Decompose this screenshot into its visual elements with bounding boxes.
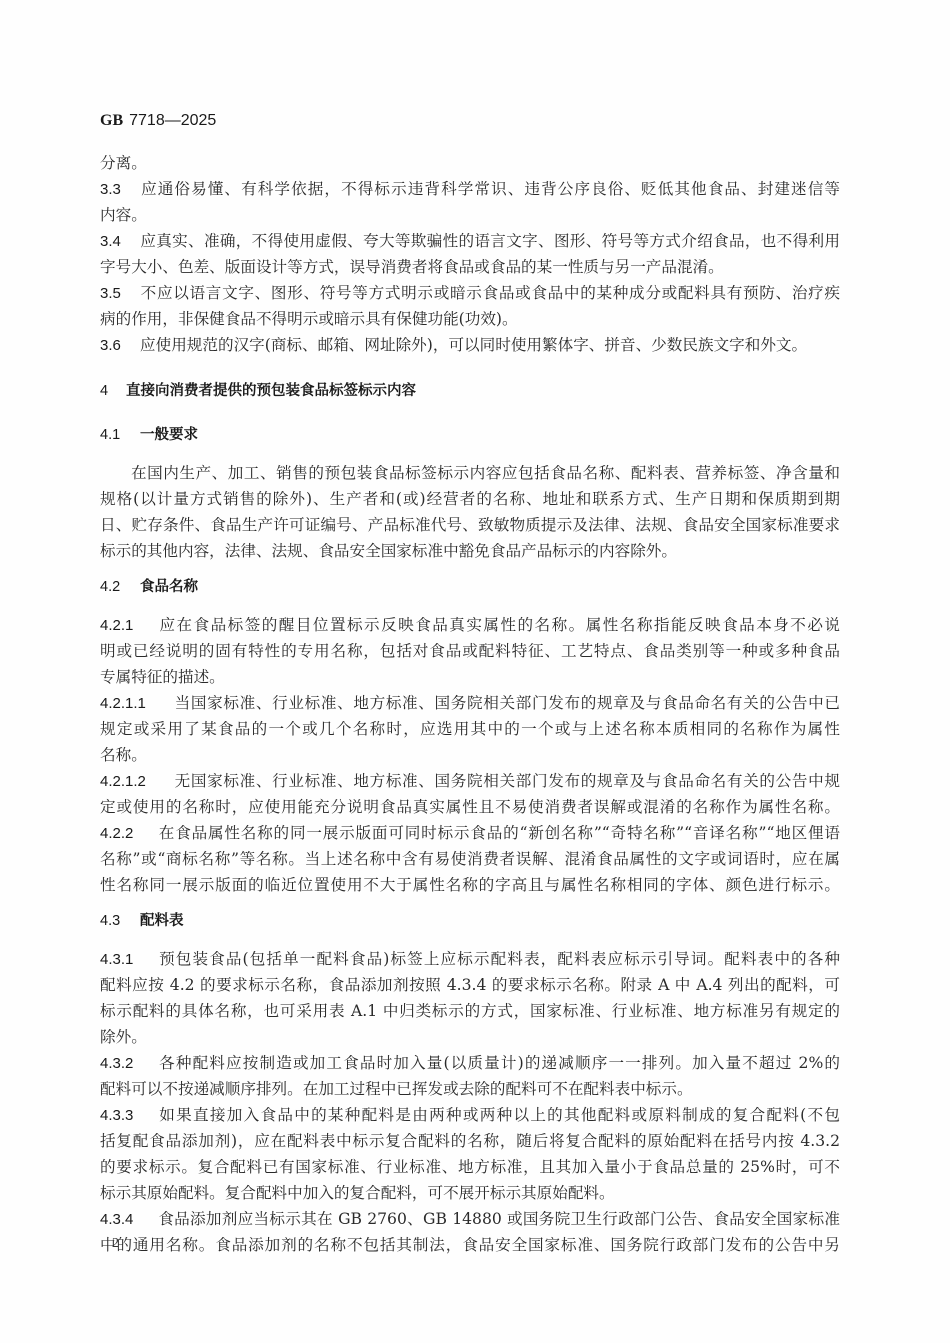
page-number: 2 [112,1236,119,1252]
clause-text: 明或已经说明的固有特性的专用名称，包括对食品或配料特征、工艺特点、食品类别等一种… [100,638,840,664]
clause-text: 名称。 [100,742,840,768]
section-heading-4-2: 4.2食品名称 [100,574,840,600]
standard-header: GB7718—2025 [100,112,216,130]
clause-text: 的要求标示。复合配料已有国家标准、行业标准、地方标准，且其加入量小于食品总量的 … [100,1154,840,1180]
clause-4-3-4: 4.3.4食品添加剂应当标示其在 GB 2760、GB 14880 或国务院卫生… [100,1206,840,1258]
clause-text: 定或使用的名称时，应使用能充分说明食品真实属性且不易使消费者误解或混淆的名称作为… [100,794,840,820]
clause-number: 4.3.3 [100,1103,158,1129]
standard-number: 7718—2025 [129,112,216,129]
heading-number: 4 [100,378,126,404]
clause-text: 中的通用名称。食品添加剂的名称不包括其制法，食品安全国家标准、国务院行政部门发布… [100,1232,840,1258]
clause-text: 如果直接加入食品中的某种配料是由两种或两种以上的其他配料或原料制成的复合配料(不… [158,1106,840,1124]
heading-title: 一般要求 [140,427,198,443]
clause-text: 字号大小、色差、版面设计等方式，误导消费者将食品或食品的某一性质与另一产品混淆。 [100,254,840,280]
section-heading-4-3: 4.3配料表 [100,908,840,934]
document-page: GB7718—2025 分离。 3.3应通俗易懂、有科学依据，不得标示违背科学常… [0,0,950,1343]
clause-number: 4.2.1.1 [100,691,174,717]
clause-number: 3.4 [100,229,140,255]
clause-text: 配料应按 4.2 的要求标示名称，食品添加剂按照 4.3.4 的要求标示名称。附… [100,972,840,998]
clause-text: 在食品属性名称的同一展示版面可同时标示食品的“新创名称”“奇特名称”“音译名称”… [158,824,840,842]
clause-4-3-2: 4.3.2各种配料应按制造或加工食品时加入量(以质量计)的递减顺序一一排列。加入… [100,1050,840,1102]
clause-4-3-1: 4.3.1预包装食品(包括单一配料食品)标签上应标示配料表，配料表应标示引导词。… [100,946,840,1050]
clause-text: 应通俗易懂、有科学依据，不得标示违背科学常识、违背公序良俗、贬低其他食品、封建迷… [140,180,840,198]
clause-text: 不应以语言文字、图形、符号等方式明示或暗示食品或食品中的某种成分或配料具有预防、… [140,284,840,302]
clause-3-4: 3.4应真实、准确，不得使用虚假、夸大等欺骗性的语言文字、图形、符号等方式介绍食… [100,228,840,280]
clause-text: 括复配食品添加剂)，应在配料表中标示复合配料的名称，随后将复合配料的原始配料在括… [100,1128,840,1154]
clause-4-3-3: 4.3.3如果直接加入食品中的某种配料是由两种或两种以上的其他配料或原料制成的复… [100,1102,840,1206]
clause-text: 预包装食品(包括单一配料食品)标签上应标示配料表，配料表应标示引导词。配料表中的… [158,950,840,968]
paragraph-text: 规格(以计量方式销售的除外)、生产者和(或)经营者的名称、地址和联系方式、生产日… [100,486,840,512]
clause-number: 4.3.1 [100,947,158,973]
clause-text: 内容。 [100,202,840,228]
clause-text: 无国家标准、行业标准、地方标准、国务院相关部门发布的规章及与食品命名有关的公告中… [174,772,840,790]
clause-text: 应使用规范的汉字(商标、邮箱、网址除外)，可以同时使用繁体字、拼音、少数民族文字… [140,336,807,354]
clause-text: 除外。 [100,1024,840,1050]
clause-text: 标示配料的具体名称，也可采用表 A.1 中归类标示的方式，国家标准、行业标准、地… [100,998,840,1024]
paragraph-text: 标示的其他内容，法律、法规、食品安全国家标准中豁免食品产品标示的内容除外。 [100,538,840,564]
clause-text: 应在食品标签的醒目位置标示反映食品真实属性的名称。属性名称指能反映食品本身不必说 [158,616,840,634]
heading-title: 配料表 [140,913,184,929]
clause-number: 4.3.4 [100,1207,158,1233]
standard-prefix: GB [100,112,123,129]
clause-number: 4.2.2 [100,821,158,847]
clause-number: 3.3 [100,177,140,203]
clause-text: 配料可以不按递减顺序排列。在加工过程中已挥发或去除的配料可不在配料表中标示。 [100,1076,840,1102]
heading-title: 食品名称 [140,579,198,595]
clause-number: 3.5 [100,281,140,307]
clause-number: 4.2.1.2 [100,769,174,795]
document-body: 分离。 3.3应通俗易懂、有科学依据，不得标示违背科学常识、违背公序良俗、贬低其… [100,150,840,1258]
clause-text: 名称”或“商标名称”等名称。当上述名称中含有易使消费者误解、混淆食品属性的文字或… [100,846,840,872]
clause-number: 3.6 [100,333,140,359]
clause-text: 各种配料应按制造或加工食品时加入量(以质量计)的递减顺序一一排列。加入量不超过 … [158,1054,840,1072]
clause-text: 性名称同一展示版面的临近位置使用不大于属性名称的字高且与属性名称相同的字体、颜色… [100,872,840,898]
clause-text: 食品添加剂应当标示其在 GB 2760、GB 14880 或国务院卫生行政部门公… [158,1210,840,1228]
clause-3-5: 3.5不应以语言文字、图形、符号等方式明示或暗示食品或食品中的某种成分或配料具有… [100,280,840,332]
section-heading-4-1: 4.1一般要求 [100,422,840,448]
heading-number: 4.3 [100,908,140,934]
clause-4-2-1-1: 4.2.1.1当国家标准、行业标准、地方标准、国务院相关部门发布的规章及与食品命… [100,690,840,768]
paragraph-4-1: 在国内生产、加工、销售的预包装食品标签标示内容应包括食品名称、配料表、营养标签、… [100,460,840,564]
clause-text: 专属特征的描述。 [100,664,840,690]
clause-4-2-1: 4.2.1应在食品标签的醒目位置标示反映食品真实属性的名称。属性名称指能反映食品… [100,612,840,690]
continuation-text: 分离。 [100,150,840,176]
clause-3-6: 3.6应使用规范的汉字(商标、邮箱、网址除外)，可以同时使用繁体字、拼音、少数民… [100,332,840,358]
clause-number: 4.2.1 [100,613,158,639]
clause-text: 应真实、准确，不得使用虚假、夸大等欺骗性的语言文字、图形、符号等方式介绍食品，也… [140,232,840,250]
clause-text: 标示其原始配料。复合配料中加入的复合配料，可不展开标示其原始配料。 [100,1180,840,1206]
heading-title: 直接向消费者提供的预包装食品标签标示内容 [126,383,416,399]
paragraph-text: 在国内生产、加工、销售的预包装食品标签标示内容应包括食品名称、配料表、营养标签、… [100,460,840,486]
clause-text: 病的作用，非保健食品不得明示或暗示具有保健功能(功效)。 [100,306,840,332]
clause-text: 当国家标准、行业标准、地方标准、国务院相关部门发布的规章及与食品命名有关的公告中… [174,694,840,712]
section-heading-4: 4直接向消费者提供的预包装食品标签标示内容 [100,378,840,404]
clause-4-2-1-2: 4.2.1.2无国家标准、行业标准、地方标准、国务院相关部门发布的规章及与食品命… [100,768,840,820]
clause-3-3: 3.3应通俗易懂、有科学依据，不得标示违背科学常识、违背公序良俗、贬低其他食品、… [100,176,840,228]
paragraph-text: 日、贮存条件、食品生产许可证编号、产品标准代号、致敏物质提示及法律、法规、食品安… [100,512,840,538]
heading-number: 4.2 [100,574,140,600]
clause-text: 规定或采用了某食品的一个或几个名称时，应选用其中的一个或与上述名称本质相同的名称… [100,716,840,742]
heading-number: 4.1 [100,422,140,448]
clause-number: 4.3.2 [100,1051,158,1077]
clause-4-2-2: 4.2.2在食品属性名称的同一展示版面可同时标示食品的“新创名称”“奇特名称”“… [100,820,840,898]
